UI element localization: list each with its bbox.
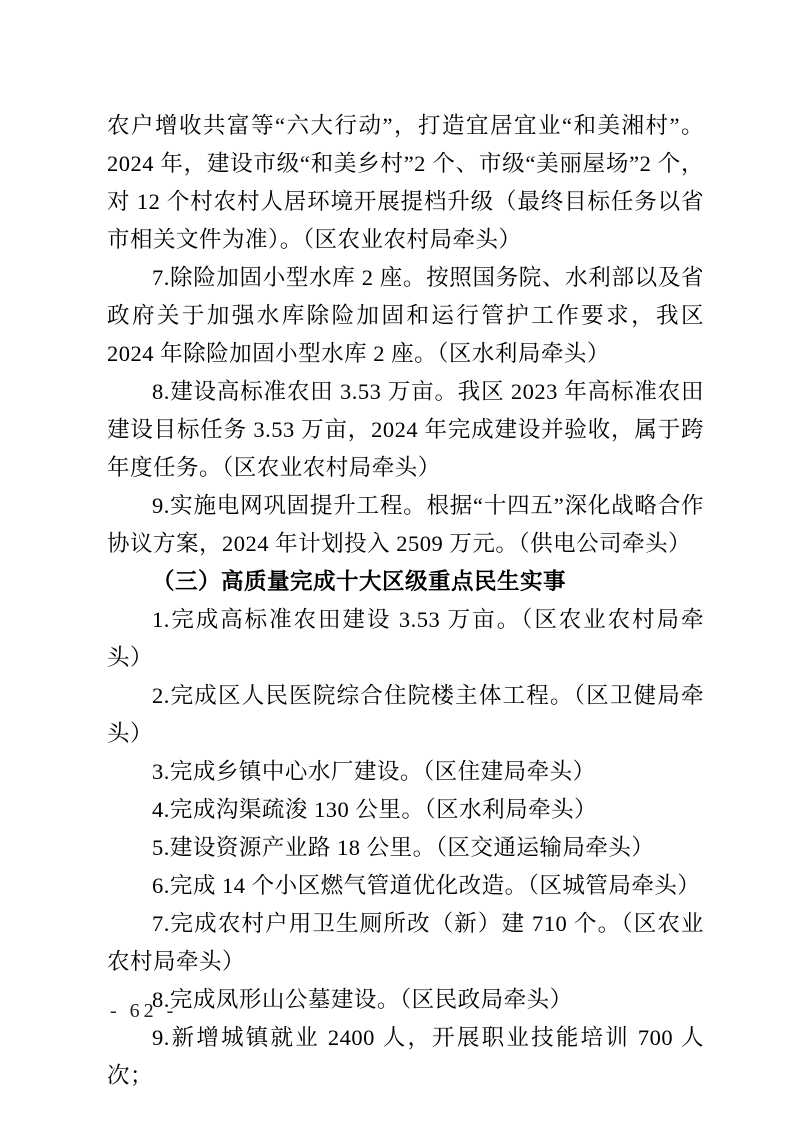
livelihood-item-1-farmland: 1.完成高标准农田建设 3.53 万亩。（区农业农村局牵头）	[107, 601, 704, 677]
livelihood-item-2-hospital-building: 2.完成区人民医院综合住院楼主体工程。（区卫健局牵头）	[107, 677, 704, 753]
section-heading-livelihood-projects: （三）高质量完成十大区级重点民生实事	[107, 563, 704, 601]
livelihood-item-9-employment: 9.新增城镇就业 2400 人，开展职业技能培训 700 人次；	[107, 1019, 704, 1095]
paragraph-continuation-rural-actions: 农户增收共富等“六大行动”，打造宜居宜业“和美湘村”。2024 年，建设市级“和…	[107, 107, 704, 259]
document-page: 农户增收共富等“六大行动”，打造宜居宜业“和美湘村”。2024 年，建设市级“和…	[0, 0, 794, 1122]
list-item-8-high-standard-farmland: 8.建设高标准农田 3.53 万亩。我区 2023 年高标准农田建设目标任务 3…	[107, 373, 704, 487]
livelihood-item-5-industry-road: 5.建设资源产业路 18 公里。（区交通运输局牵头）	[107, 829, 704, 867]
document-body: 农户增收共富等“六大行动”，打造宜居宜业“和美湘村”。2024 年，建设市级“和…	[107, 107, 704, 1095]
list-item-7-reservoir-reinforcement: 7.除险加固小型水库 2 座。按照国务院、水利部以及省政府关于加强水库除险加固和…	[107, 259, 704, 373]
livelihood-item-6-gas-pipeline: 6.完成 14 个小区燃气管道优化改造。（区城管局牵头）	[107, 867, 704, 905]
page-number: - 62 -	[110, 1000, 177, 1022]
livelihood-item-4-ditch-dredging: 4.完成沟渠疏浚 130 公里。（区水利局牵头）	[107, 791, 704, 829]
list-item-9-power-grid-project: 9.实施电网巩固提升工程。根据“十四五”深化战略合作协议方案，2024 年计划投…	[107, 487, 704, 563]
livelihood-item-7-rural-toilets: 7.完成农村户用卫生厕所改（新）建 710 个。（区农业农村局牵头）	[107, 905, 704, 981]
page-footer: - 62 -	[110, 1000, 310, 1023]
livelihood-item-3-water-plant: 3.完成乡镇中心水厂建设。（区住建局牵头）	[107, 753, 704, 791]
